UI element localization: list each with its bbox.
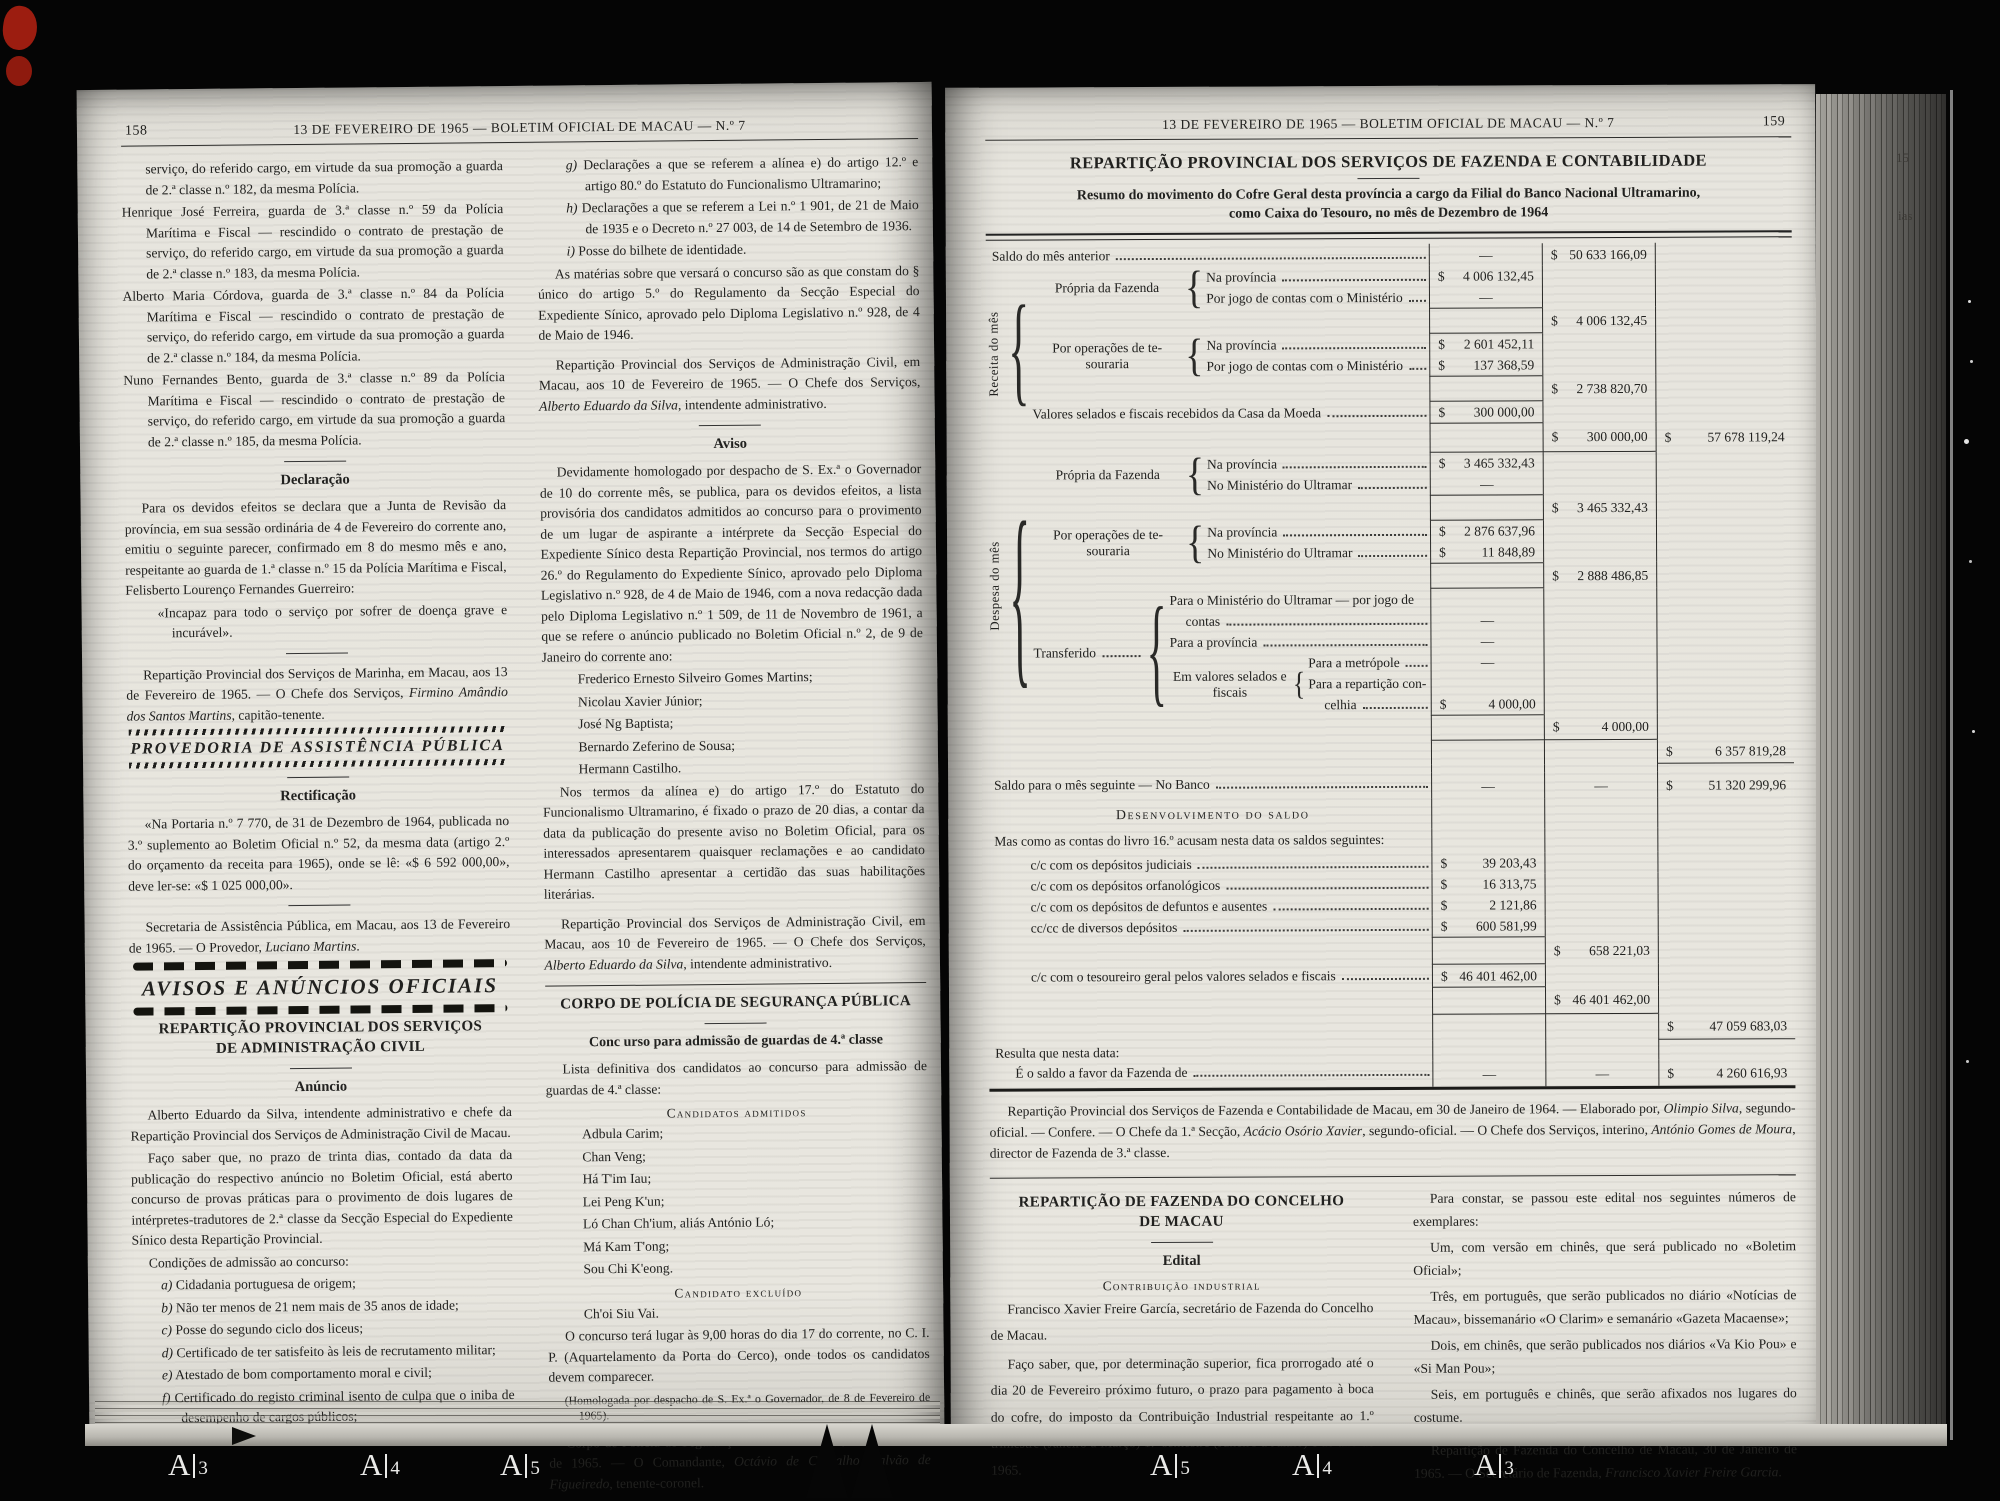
paragraph: Condições de admissão ao concurso: xyxy=(132,1249,514,1273)
condition-item: i) Posse do bilhete de identidade. xyxy=(538,238,920,262)
running-header-left: 158 13 DE FEVEREIRO DE 1965 — BOLETIM OF… xyxy=(121,116,918,140)
dot-leader xyxy=(1102,655,1141,657)
dot-leader xyxy=(1226,623,1427,626)
right-page: 13 DE FEVEREIRO DE 1965 — BOLETIM OFICIA… xyxy=(945,84,1821,1436)
list-item: Henrique José Ferreira, guarda de 3.ª cl… xyxy=(122,199,504,285)
mark-bar xyxy=(525,1454,527,1478)
subsection-heading: Contribuição industrial xyxy=(990,1277,1373,1295)
quote-paragraph: «Incapaz para todo o serviço por sofrer … xyxy=(157,600,507,644)
group-label: fiscais xyxy=(1170,684,1290,700)
candidate-name: Sou Chi K'eong. xyxy=(583,1256,929,1280)
signature-text: , intendente administrativo. xyxy=(683,954,832,970)
signature-name: Alberto Eduardo da Silva xyxy=(544,956,683,972)
amount-cell: $600 581,99 xyxy=(1433,915,1545,936)
section-divider xyxy=(284,461,346,463)
total-row: $6 357 819,28 xyxy=(988,739,1794,767)
row-label: Para a província xyxy=(1170,632,1258,653)
total-row: $47 059 683,03 xyxy=(989,1013,1795,1043)
amount-cell: $4 006 132,45 xyxy=(1543,309,1655,330)
row-label: É o saldo a favor da Fazenda de xyxy=(1015,1062,1187,1084)
frame-registration-mark: A5 xyxy=(1150,1450,1190,1480)
mark-digit: 4 xyxy=(390,1457,400,1480)
subtotal-row: $2 738 820,70 xyxy=(986,374,1792,404)
amount-cell: $2 601 452,11 xyxy=(1430,333,1542,354)
department-title-line: DE ADMINISTRAÇÃO CIVIL xyxy=(130,1036,512,1060)
mark-bar xyxy=(1317,1454,1319,1478)
row-label: No Ministério do Ultramar xyxy=(1207,542,1352,564)
candidate-name: Chan Veng; xyxy=(582,1144,928,1168)
amount-cell: $2 121,86 xyxy=(1433,894,1545,915)
treasury-table: Receita do mês { Despesa do mês { Saldo … xyxy=(986,242,1796,1092)
mark-letter: A xyxy=(360,1450,382,1480)
double-rule xyxy=(986,230,1792,241)
paragraph: Devidamente homologado por despacho de S… xyxy=(540,459,923,668)
item-text: Certificado de ter satisfeito às leis de… xyxy=(176,1342,495,1360)
section-title: Rectificação xyxy=(127,786,509,807)
candidate-name: Nicolau Xavier Júnior; xyxy=(578,689,924,713)
dot-leader xyxy=(1363,707,1428,709)
brace-glyph: { xyxy=(1293,668,1306,701)
candidate-name: Adbula Carim; xyxy=(582,1121,928,1145)
table-row: Por operações de te-souraria { Na provín… xyxy=(986,332,1792,378)
candidate-name: Frederico Ernesto Silveiro Gomes Martins… xyxy=(578,666,924,690)
mark-letter: A xyxy=(500,1450,522,1480)
section-title: Declaração xyxy=(124,470,506,491)
wavy-rule xyxy=(129,726,507,736)
dot-leader xyxy=(1116,257,1426,260)
paragraph: O concurso terá lugar às 9,00 horas do d… xyxy=(548,1323,930,1388)
row-label: cc/cc de diversos depósitos xyxy=(1031,917,1178,939)
mark-bar xyxy=(385,1454,387,1478)
row-label: c/c com os depósitos orfanológicos xyxy=(1031,875,1221,897)
item-text: Atestado de bom comportamento moral e ci… xyxy=(175,1365,432,1382)
running-header-right: 13 DE FEVEREIRO DE 1965 — BOLETIM OFICIA… xyxy=(985,114,1791,134)
section-title: Anúncio xyxy=(130,1077,512,1098)
dot-leader xyxy=(1283,347,1427,350)
amount-cell: $2 876 637,96 xyxy=(1431,520,1543,541)
row-label: c/c com os depósitos judiciais xyxy=(1030,854,1191,876)
item-text: Não ter menos de 21 nem mais de 35 anos … xyxy=(176,1297,459,1315)
closing-name: Olimpio Silva xyxy=(1664,1100,1739,1115)
item-tag: h) xyxy=(566,200,577,215)
brace-glyph: { xyxy=(1146,592,1167,714)
signature-text: Repartição Provincial dos Serviços de Ad… xyxy=(544,913,926,952)
group-label: souraria xyxy=(1033,543,1183,560)
frame-registration-mark: A4 xyxy=(1292,1450,1332,1480)
table-row: É o saldo a favor da Fazenda de — — $4 2… xyxy=(989,1059,1795,1089)
amount-cell: $6 357 819,28 xyxy=(1658,740,1794,762)
group-label: Própria da Fazenda xyxy=(1033,467,1183,484)
dot-leader xyxy=(1358,487,1427,489)
signature-paragraph: Repartição Provincial dos Serviços de Ma… xyxy=(126,662,508,727)
amount-cell: $300 000,00 xyxy=(1544,426,1656,447)
film-defect-mark xyxy=(0,4,40,52)
row-label: Por jogo de contas com o Ministério xyxy=(1206,355,1403,377)
condition-item: b) Não ter menos de 21 nem mais de 35 an… xyxy=(132,1294,514,1318)
brace-glyph: { xyxy=(1185,265,1203,311)
item-tag: g) xyxy=(566,157,577,172)
wavy-rule xyxy=(129,759,507,769)
paragraph: Lista definitiva dos candidatos ao concu… xyxy=(545,1056,927,1101)
department-title: REPARTIÇÃO PROVINCIAL DOS SERVIÇOS DE AD… xyxy=(129,1016,511,1060)
amount-cell: $46 401 462,00 xyxy=(1546,989,1658,1010)
running-header-text: 13 DE FEVEREIRO DE 1965 — BOLETIM OFICIA… xyxy=(1162,115,1614,132)
signature-paragraph: Repartição Provincial dos Serviços de Ad… xyxy=(539,352,921,417)
amount-cell: — xyxy=(1432,651,1544,672)
table-row: Transferido { Para o Ministério do Ultra… xyxy=(987,587,1794,717)
row-label: Saldo do mês anterior xyxy=(992,245,1110,267)
item-text: Declarações a que se referem a Lei n.º 1… xyxy=(582,197,919,236)
mark-letter: A xyxy=(168,1450,190,1480)
subtotal-row: $2 888 486,85 xyxy=(987,561,1793,591)
subtotal-row: $46 401 462,00 xyxy=(989,985,1795,1017)
row-label: c/c com os depósitos de defuntos e ausen… xyxy=(1031,896,1268,918)
film-speck-artifacts xyxy=(1968,300,1971,303)
section-divider xyxy=(286,652,348,654)
paragraph: Três, em português, que serão publicados… xyxy=(1413,1283,1796,1332)
paragraph: Nos termos da alínea e) do artigo 17.º d… xyxy=(543,779,926,906)
candidate-name: Ch'oi Siu Vai. xyxy=(584,1301,930,1325)
avisos-banner: AVISOS E ANÚNCIOS OFICIAIS xyxy=(129,971,511,1004)
mark-bar xyxy=(1499,1454,1501,1478)
film-edge-line xyxy=(1950,90,1953,1440)
group-label: Transferido xyxy=(1033,645,1096,662)
section-rule xyxy=(990,1174,1796,1179)
amount-cell: $39 203,43 xyxy=(1432,852,1544,873)
amount-cell: $658 221,03 xyxy=(1546,939,1658,960)
row-label: Valores selados e fiscais recebidos da C… xyxy=(1032,402,1321,424)
row-label: Saldo para o mês seguinte — No Banco xyxy=(994,774,1210,796)
closing-paragraph: Repartição Provincial dos Serviços de Fa… xyxy=(989,1097,1795,1164)
signature-text: , tenente-coronel. xyxy=(609,1475,704,1491)
mark-digit: 5 xyxy=(1180,1457,1190,1480)
closing-text: , segundo-oficial. — O Chefe dos Serviço… xyxy=(1362,1122,1651,1138)
dot-leader xyxy=(1342,978,1429,980)
row-label: Para a metrópole xyxy=(1308,652,1400,673)
item-tag: a) xyxy=(161,1277,172,1292)
department-title: CORPO DE POLÍCIA DE SEGURANÇA PÚBLICA xyxy=(545,991,927,1015)
amount-cell: $2 888 486,85 xyxy=(1544,564,1656,585)
amount-cell: $3 465 332,43 xyxy=(1544,496,1656,517)
department-title-line: DE MACAU xyxy=(990,1211,1373,1233)
paragraph: Francisco Xavier Freire García, secretár… xyxy=(990,1295,1373,1350)
mark-digit: 3 xyxy=(1504,1457,1514,1480)
page-number: 158 xyxy=(125,123,148,139)
row-label: Mas como as contas do livro 16.º acusam … xyxy=(994,829,1431,852)
paragraph: Para os devidos efeitos se declara que a… xyxy=(124,495,506,601)
section-divider xyxy=(288,905,350,907)
subtotal-row: $300 000,00 $57 678 119,24 xyxy=(987,421,1793,455)
subsection-heading: Desenvolvimento do saldo xyxy=(994,799,1431,831)
section-divider xyxy=(705,1023,767,1025)
signature-text: , capitão-tenente. xyxy=(231,706,324,722)
left-page-column-1: serviço, do referido cargo, em virtude d… xyxy=(121,156,515,1501)
department-title-line: REPARTIÇÃO PROVINCIAL DOS SERVIÇOS xyxy=(129,1016,511,1040)
closing-text: Repartição Provincial dos Serviços de Fa… xyxy=(1007,1101,1663,1119)
group-label: souraria xyxy=(1032,356,1182,373)
table-row: Própria da Fazenda { Na província No Min… xyxy=(987,451,1793,497)
mark-letter: A xyxy=(1150,1450,1172,1480)
amount-cell: $4 260 616,93 xyxy=(1659,1062,1795,1084)
item-text: Cidadania portuguesa de origem; xyxy=(176,1276,356,1293)
amount-cell: $16 313,75 xyxy=(1432,873,1544,894)
section-title: Aviso xyxy=(539,434,921,455)
signature-paragraph: Secretaria de Assistência Pública, em Ma… xyxy=(129,914,511,959)
dot-leader xyxy=(1263,644,1427,647)
row-label: Para a repartição con- xyxy=(1308,673,1430,695)
dot-leader xyxy=(1283,466,1427,469)
left-page: 158 13 DE FEVEREIRO DE 1965 — BOLETIM OF… xyxy=(77,82,945,1434)
subtotal-row: $4 006 132,45 xyxy=(986,306,1792,336)
list-item: Nuno Fernandes Bento, guarda de 3.ª clas… xyxy=(123,367,505,453)
registration-triangle-icon xyxy=(806,1424,848,1498)
item-text: Declarações a que se referem a alínea e)… xyxy=(583,154,918,193)
mark-bar xyxy=(193,1454,195,1478)
item-tag: b) xyxy=(161,1300,172,1315)
amount-cell: — xyxy=(1431,630,1543,651)
subsection-heading: Candidato excluído xyxy=(548,1283,930,1303)
dot-leader xyxy=(1193,1074,1429,1077)
frame-registration-mark: A4 xyxy=(360,1450,400,1480)
table-row: Saldo para o mês seguinte — No Banco — —… xyxy=(988,771,1794,801)
edge-text-fragment: ias xyxy=(1898,208,1912,224)
amount-cell: $300 000,00 xyxy=(1430,401,1542,422)
table-row: Por operações de te-souraria { Na provín… xyxy=(987,519,1793,565)
row-label: contas xyxy=(1170,611,1221,632)
section-divider xyxy=(287,777,349,779)
amount-cell: — xyxy=(1433,1063,1545,1084)
candidate-name: Lei Peng K'un; xyxy=(583,1189,929,1213)
section-divider xyxy=(1357,178,1419,179)
condition-item: d) Certificado de ter satisfeito às leis… xyxy=(133,1339,515,1363)
mark-digit: 3 xyxy=(198,1457,208,1480)
paragraph: Alberto Eduardo da Silva, intendente adm… xyxy=(130,1102,512,1147)
section-title: Conc urso para admissão de guardas de 4.… xyxy=(545,1032,927,1052)
section-divider xyxy=(1151,1241,1213,1242)
microfilm-background: 158 13 DE FEVEREIRO DE 1965 — BOLETIM OF… xyxy=(0,0,2000,1501)
amount-cell: — xyxy=(1431,473,1543,494)
section-divider xyxy=(290,1068,352,1070)
closing-name: Acácio Osório Xavier xyxy=(1244,1123,1363,1139)
department-title-line: REPARTIÇÃO DE FAZENDA DO CONCELHO xyxy=(990,1191,1373,1213)
amount-cell: $57 678 119,24 xyxy=(1657,426,1793,448)
row-label: Na província xyxy=(1206,334,1276,355)
ornament-rule xyxy=(133,1004,507,1016)
candidate-name: Hermann Castilho. xyxy=(579,756,925,780)
amount-cell: — xyxy=(1431,609,1543,630)
condition-item: g) Declarações a que se referem a alínea… xyxy=(537,152,919,197)
amount-cell: $46 401 462,00 xyxy=(1433,965,1545,986)
subtotal-row: $658 221,03 xyxy=(989,935,1795,967)
dot-leader xyxy=(1406,665,1428,667)
row-label: c/c com o tesoureiro geral pelos valores… xyxy=(1031,965,1336,987)
row-label: Para o Ministério do Ultramar — por jogo… xyxy=(1169,589,1430,611)
signature-text: . xyxy=(1778,1464,1781,1479)
amount-cell: $137 368,59 xyxy=(1430,354,1542,375)
paragraph: Faço saber que, no prazo de trinta dias,… xyxy=(131,1145,513,1251)
paragraph: As matérias sobre que versará o concurso… xyxy=(538,261,920,347)
paragraph: Para constar, se passou este edital nos … xyxy=(1413,1185,1796,1234)
mark-digit: 5 xyxy=(530,1457,540,1480)
item-tag: i) xyxy=(567,243,575,258)
paragraph: «Na Portaria n.º 7 770, de 31 de Dezembr… xyxy=(128,811,510,897)
section-title: Edital xyxy=(990,1252,1373,1271)
section-banner: PROVEDORIA DE ASSISTÊNCIA PÚBLICA xyxy=(127,735,509,760)
table-row: Mas como as contas do livro 16.º acusam … xyxy=(988,827,1794,855)
signature-text: . xyxy=(356,938,360,953)
brace-glyph: { xyxy=(1186,452,1204,498)
header-rule xyxy=(121,138,918,147)
row-label: No Ministério do Ultramar xyxy=(1207,474,1352,496)
amount-cell: — xyxy=(1430,244,1542,265)
signature-text: Repartição Provincial dos Serviços de Ad… xyxy=(539,354,921,393)
subtotal-row: $4 000,00 xyxy=(988,713,1794,743)
item-tag: d) xyxy=(162,1345,173,1360)
condition-item: c) Posse do segundo ciclo dos liceus; xyxy=(132,1317,514,1341)
amount-cell: — xyxy=(1432,775,1544,796)
mark-letter: A xyxy=(1292,1450,1314,1480)
dot-leader xyxy=(1358,555,1427,557)
film-defect-mark xyxy=(6,56,32,86)
amount-cell: $2 738 820,70 xyxy=(1543,377,1655,398)
department-title: REPARTIÇÃO PROVINCIAL DOS SERVIÇOS DE FA… xyxy=(985,150,1791,174)
frame-registration-mark: A5 xyxy=(500,1450,540,1480)
signature-text: , intendente administrativo. xyxy=(678,395,827,411)
candidate-name: Má Kam T'ong; xyxy=(583,1234,929,1258)
closing-name: António Gomes de Moura xyxy=(1651,1121,1792,1137)
amount-cell: $4 000,00 xyxy=(1432,693,1544,714)
registration-triangle-icon xyxy=(851,1424,893,1498)
dot-leader xyxy=(1283,534,1427,537)
table-caption-line: Resumo do movimento do Cofre Geral desta… xyxy=(985,183,1791,206)
item-text: Posse do segundo ciclo dos liceus; xyxy=(175,1320,363,1337)
ornament-rule xyxy=(133,959,507,971)
section-heading-row: Desenvolvimento do saldo xyxy=(988,797,1794,831)
brace-glyph: { xyxy=(1185,333,1203,379)
row-label: Na província xyxy=(1207,453,1277,474)
amount-cell: — xyxy=(1545,774,1657,795)
dot-leader xyxy=(1409,368,1426,370)
paragraph: Dois, em chinês, que serão publicados no… xyxy=(1414,1332,1797,1381)
item-text: Posse do bilhete de identidade. xyxy=(578,242,746,259)
dot-leader xyxy=(1216,786,1428,789)
frame-registration-mark: A3 xyxy=(168,1450,208,1480)
paragraph: serviço, do referido cargo, em virtude d… xyxy=(121,156,503,201)
item-tag: c) xyxy=(161,1322,172,1337)
registration-triangle-icon xyxy=(232,1427,256,1445)
header-rule xyxy=(985,136,1791,141)
subtotal-row: $3 465 332,43 xyxy=(987,493,1793,523)
row-label: Por jogo de contas com o Ministério xyxy=(1206,287,1403,309)
list-item: Alberto Maria Córdova, guarda de 3.ª cla… xyxy=(122,283,504,369)
signature-paragraph: Repartição Provincial dos Serviços de Ad… xyxy=(544,911,926,976)
running-header-text: 13 DE FEVEREIRO DE 1965 — BOLETIM OFICIA… xyxy=(293,118,745,137)
table-caption: Resumo do movimento do Cofre Geral desta… xyxy=(985,183,1791,225)
brace-glyph: { xyxy=(1186,520,1204,566)
group-label: Em valores selados e xyxy=(1170,668,1290,684)
condition-item: a) Cidadania portuguesa de origem; xyxy=(132,1272,514,1296)
section-rule xyxy=(545,982,926,987)
condition-item: h) Declarações a que se referem a Lei n.… xyxy=(537,195,919,240)
signature-name: Francisco Xavier Freire Garcia xyxy=(1605,1464,1778,1480)
paragraph: Um, com versão em chinês, que será publi… xyxy=(1413,1234,1796,1283)
signature-name: Alberto Eduardo da Silva xyxy=(539,397,678,413)
amount-cell: $4 006 132,45 xyxy=(1430,265,1542,286)
signature-name: Luciano Martins xyxy=(265,938,356,954)
page-stack-edge-right xyxy=(1816,94,1946,1434)
group-label: Por operações de te- xyxy=(1032,339,1182,356)
mark-letter: A xyxy=(1474,1450,1496,1480)
candidate-name: José Ng Baptista; xyxy=(578,711,924,735)
dot-leader xyxy=(1183,929,1428,932)
dot-leader xyxy=(1409,300,1426,302)
item-tag: e) xyxy=(162,1367,173,1382)
amount-cell: $47 059 683,03 xyxy=(1659,1015,1795,1037)
film-bottom-strip xyxy=(85,1424,1947,1446)
amount-cell: — xyxy=(1430,286,1542,307)
section-divider xyxy=(699,425,761,427)
mark-bar xyxy=(1175,1454,1177,1478)
amount-cell: $4 000,00 xyxy=(1545,716,1657,737)
amount-cell: $11 848,89 xyxy=(1431,541,1543,562)
row-label: Na província xyxy=(1206,266,1276,287)
amount-cell: $3 465 332,43 xyxy=(1431,452,1543,473)
group-label: Por operações de te- xyxy=(1033,526,1183,543)
department-title: REPARTIÇÃO DE FAZENDA DO CONCELHO DE MAC… xyxy=(990,1191,1373,1233)
mark-digit: 4 xyxy=(1322,1457,1332,1480)
subsection-heading: Candidatos admitidos xyxy=(546,1103,928,1123)
candidate-name: Há T'im Iau; xyxy=(582,1166,928,1190)
page-stack-edge-bottom xyxy=(95,1398,940,1425)
dot-leader xyxy=(1327,415,1426,417)
amount-cell: — xyxy=(1546,1062,1658,1083)
dot-leader xyxy=(1226,887,1428,890)
table-row: Própria da Fazenda { Na província Por jo… xyxy=(986,264,1792,310)
table-caption-line: como Caixa do Tesouro, no mês de Dezembr… xyxy=(986,202,1792,225)
candidate-name: Bernardo Zeferino de Sousa; xyxy=(578,734,924,758)
row-label: Na província xyxy=(1207,521,1277,542)
dot-leader xyxy=(1198,866,1429,869)
paragraph: Seis, em português e chinês, que serão a… xyxy=(1414,1381,1797,1430)
edge-text-fragment: 15 xyxy=(1896,150,1909,166)
dot-leader xyxy=(1273,908,1428,911)
amount-cell: $51 320 299,96 xyxy=(1658,774,1794,796)
page-number: 159 xyxy=(1763,114,1786,130)
row-label: celhia xyxy=(1308,694,1356,715)
group-label: Própria da Fazenda xyxy=(1032,280,1182,297)
left-page-column-2: g) Declarações a que se referem a alínea… xyxy=(537,152,931,1497)
amount-cell: $50 633 166,09 xyxy=(1543,243,1655,264)
frame-registration-mark: A3 xyxy=(1474,1450,1514,1480)
candidate-name: Ló Chan Ch'ium, aliás António Ló; xyxy=(583,1211,929,1235)
condition-item: e) Atestado de bom comportamento moral e… xyxy=(133,1362,515,1386)
dot-leader xyxy=(1282,279,1426,282)
